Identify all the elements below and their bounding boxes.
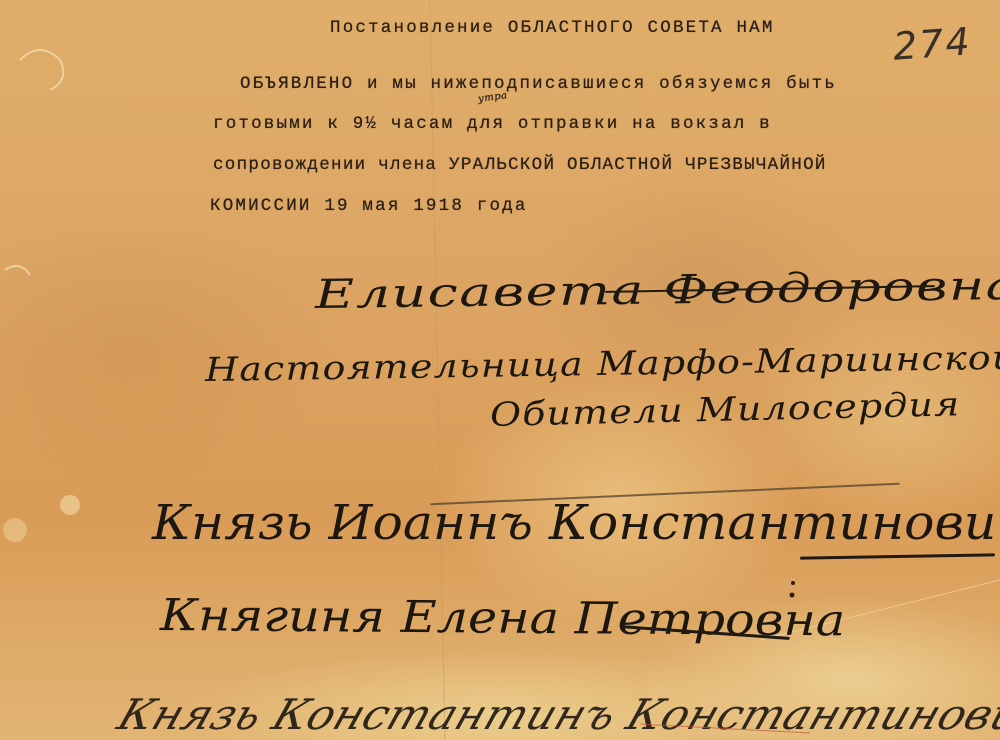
typed-line-2: готовыми к 9½ часам для отправки на вокз…: [213, 114, 772, 134]
document-page: 274 Постановление ОБЛАСТНОГО СОВЕТА НАМ …: [0, 0, 1000, 740]
signature-elena: Княгиня Елена Петровна: [160, 590, 846, 646]
underline-stroke: [800, 553, 995, 559]
signature-title-line-1: Настоятельница Марфо-Мариинской: [205, 338, 1000, 389]
document-title: Постановление ОБЛАСТНОГО СОВЕТА НАМ: [330, 18, 775, 38]
archive-page-number: 274: [892, 19, 973, 68]
typed-line-4: КОМИССИИ 19 мая 1918 года: [210, 196, 528, 216]
signature-konstantin: Князь Константинъ Константиновичъ: [112, 690, 1000, 739]
signature-title-line-2: Обители Милосердия: [489, 384, 960, 434]
typed-line-1: ОБЪЯВЛЕНО и мы нижеподписавшиеся обязуем…: [240, 74, 837, 94]
signature-ioann: Князь Иоаннъ Константиновичъ: [152, 495, 1000, 551]
typed-line-3: сопровождении члена УРАЛЬСКОЙ ОБЛАСТНОЙ …: [213, 155, 827, 175]
